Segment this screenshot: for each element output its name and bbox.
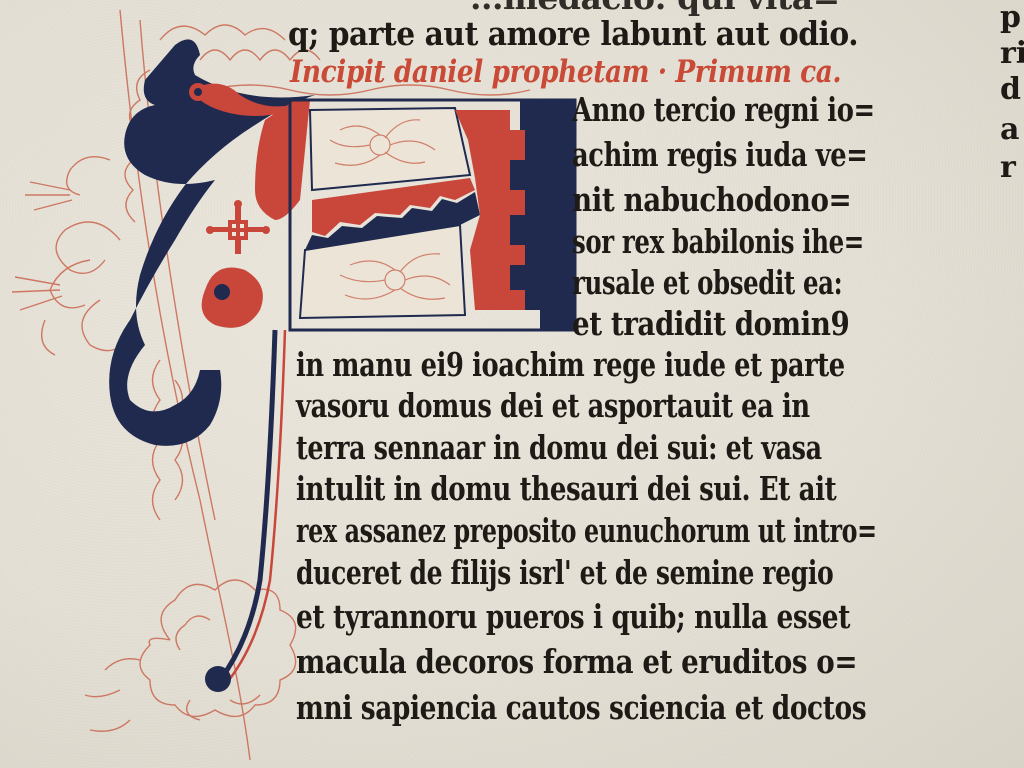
text-line: rex assanez preposito eunuchorum ut intr… <box>296 511 877 551</box>
text-line: sor rex babilonis ihe= <box>572 222 864 262</box>
manuscript-photo: ...medacio: qui vita= q; parte aut amore… <box>0 0 1024 768</box>
text-line: vasoru domus dei et asportauit ea in <box>296 386 810 426</box>
text-fragment: r <box>1000 150 1016 186</box>
text-line: terra sennaar in domu dei sui: et vasa <box>296 428 822 468</box>
text-line: et tyrannoru pueros i quib; nulla esset <box>296 597 850 637</box>
text-fragment: d <box>1000 72 1021 108</box>
text-line: Anno tercio regni io= <box>572 90 875 130</box>
text-fragment: ri <box>1000 36 1024 72</box>
text-fragment: p <box>1000 0 1021 36</box>
text-line: macula decoros forma et eruditos o= <box>296 642 857 682</box>
text-line: q; parte aut amore labunt aut odio. <box>288 14 858 54</box>
text-line: rusale et obsedit ea: <box>572 263 842 303</box>
text-line: intulit in domu thesauri dei sui. Et ait <box>296 469 836 509</box>
text-line: et tradidit domin9 <box>572 304 849 344</box>
text-line: mni sapiencia cautos sciencia et doctos <box>296 688 866 728</box>
text-line: nit nabuchodono= <box>572 180 851 220</box>
text-line: achim regis iuda ve= <box>572 135 867 175</box>
text-fragment: a <box>1000 112 1019 148</box>
text-line: in manu ei9 ioachim rege iude et parte <box>296 345 845 385</box>
rubric-heading: Incipit daniel prophetam · Primum ca. <box>290 52 841 92</box>
text-line: duceret de filijs isrl' et de semine reg… <box>296 553 833 593</box>
